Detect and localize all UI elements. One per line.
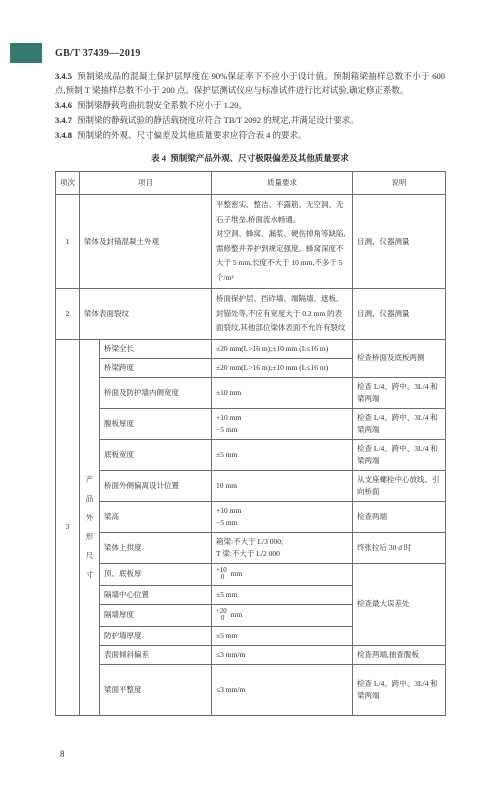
vertical-category-char: 形 [86,531,94,543]
cell-note: 检查 L/4、跨中、3L/4 和梁两端 [353,664,446,715]
table-row: 1 梁体及封锚混凝土外观 平整密实、整洁、不露筋、无空洞、无石子堆垒,桥面流水畅… [56,195,446,289]
cell-item: 桥面外侧偏离设计位置 [100,470,212,501]
table-row: 梁面平整度≤3 mm/m检查 L/4、跨中、3L/4 和梁两端 [56,664,446,715]
table-row: 桥面及防护墙内侧宽度±10 mm检查 L/4、跨中、3L/4 和梁两端 [56,377,446,408]
cell-requirement: 平整密实、整洁、不露筋、无空洞、无石子堆垒,桥面流水畅通。 对空洞、蜂窝、漏浆、… [212,195,353,289]
cell-item: 底板宽度 [100,439,212,470]
cell-note: 检查两端,抽查腹板 [353,645,446,664]
cell-note: 终张拉后 30 d 时 [353,532,446,563]
cell-requirement: ±10 mm [212,377,353,408]
cell-item: 梁高 [100,501,212,532]
clause-text: 预制梁成品的混凝土保护层厚度在 90%保证率下不应小于设计值。预制箱梁抽样总数不… [55,71,445,95]
table-row: 桥面外侧偏离设计位置10 mm从支座螺栓中心放线、引向桥面 [56,470,446,501]
cell-item: 顶、底板厚 [100,563,212,585]
cell-item: 腹板厚度 [100,408,212,439]
column-header-index: 项次 [56,172,80,195]
cell-note: 检查最大误差处 [353,563,446,645]
cell-requirement: ±5 mm [212,439,353,470]
cell-item: 梁体及封锚混凝土外观 [80,195,212,289]
page-number: 8 [60,749,65,759]
column-header-requirement: 质量要求 [212,172,353,195]
page-content: GB/T 37439—2019 3.4.5预制梁成品的混凝土保护层厚度在 90%… [55,48,445,716]
cell-requirement: 10 mm [212,470,353,501]
cell-requirement: +100 mm [212,563,353,585]
cell-note: 检查桥面及底板两侧 [353,339,446,377]
cell-note: 检查 L/4、跨中、3L/4 和梁两端 [353,439,446,470]
cell-item: 梁体上拱度 [100,532,212,563]
cell-requirement: 箱梁:不大于 L/3 000; T 梁:不大于 L/2 000 [212,532,353,563]
cell-requirement: ±5 mm [212,585,353,604]
table-row: 底板宽度±5 mm检查 L/4、跨中、3L/4 和梁两端 [56,439,446,470]
cell-requirement: +200 mm [212,604,353,626]
paragraph-3-4-7: 3.4.7预制梁的静载试验的静活载挠度应符合 TB/T 2092 的规定,并满足… [55,113,445,127]
tolerance-stack: +100 [216,567,227,582]
standard-code: GB/T 37439—2019 [55,48,445,59]
vertical-category-char: 产 [86,474,94,486]
corner-marker [10,43,42,63]
cell-requirement: +10 mm −5 mm [212,408,353,439]
vertical-category-char: 品 [86,493,94,505]
cell-item: 桥梁全长 [100,339,212,358]
table-row: 腹板厚度+10 mm −5 mm检查 L/4、跨中、3L/4 和梁两端 [56,408,446,439]
document-page: GB/T 37439—2019 3.4.5预制梁成品的混凝土保护层厚度在 90%… [0,0,500,800]
column-header-note: 说明 [353,172,446,195]
table-row: 顶、底板厚+100 mm检查最大误差处 [56,563,446,585]
table-title: 表 4 预制梁产品外观、尺寸极限偏差及其他质量要求 [55,152,445,164]
table-row: 梁体上拱度箱梁:不大于 L/3 000; T 梁:不大于 L/2 000终张拉后… [56,532,446,563]
table-row: 3产品外形尺寸桥梁全长±20 mm(L>16 m);±10 mm (L≤16 m… [56,339,446,358]
table-row: 2 梁体表面裂纹 桥面保护层、挡砟墙、端隔墙、遮板、封锚处等,不应有宽度大于 0… [56,289,446,340]
paragraph-3-4-6: 3.4.6预制梁静载弯曲抗裂安全系数不应小于 1.20。 [55,98,445,112]
table-row: 表面倾斜偏差≤3 mm/m检查两端,抽查腹板 [56,645,446,664]
cell-note: 检查两端 [353,501,446,532]
row-index: 3 [56,339,80,715]
cell-note: 检查 L/4、跨中、3L/4 和梁两端 [353,377,446,408]
cell-requirement: ±20 mm(L>16 m);±10 mm (L≤16 m) [212,339,353,358]
row-index: 2 [56,289,80,340]
paragraph-3-4-5: 3.4.5预制梁成品的混凝土保护层厚度在 90%保证率下不应小于设计值。预制箱梁… [55,69,445,97]
column-header-item: 项目 [80,172,212,195]
vertical-category: 产品外形尺寸 [80,339,100,715]
cell-item: 桥面及防护墙内侧宽度 [100,377,212,408]
clause-number: 3.4.5 [55,71,72,81]
tolerance-stack: +200 [216,608,227,623]
cell-item: 桥梁跨度 [100,358,212,377]
cell-item: 梁面平整度 [100,664,212,715]
cell-item: 隔墙厚度 [100,604,212,626]
table-row: 梁高+10 mm −5 mm检查两端 [56,501,446,532]
row-index: 1 [56,195,80,289]
paragraph-3-4-8: 3.4.8预制梁的外观、尺寸偏差及其他质量要求应符合表 4 的要求。 [55,128,445,142]
vertical-category-char: 尺 [86,550,94,562]
cell-item: 梁体表面裂纹 [80,289,212,340]
cell-note: 目测、仪器测量 [353,289,446,340]
cell-item: 防护墙厚度 [100,626,212,645]
clause-text: 预制梁的静载试验的静活载挠度应符合 TB/T 2092 的规定,并满足设计要求。 [77,115,359,125]
table-header-row: 项次 项目 质量要求 说明 [56,172,446,195]
clause-number: 3.4.7 [55,115,72,125]
cell-requirement: +10 mm −5 mm [212,501,353,532]
clause-number: 3.4.6 [55,100,72,110]
cell-requirement: ±20 mm(L>16 m);±10 mm (L≤16 m) [212,358,353,377]
cell-note: 从支座螺栓中心放线、引向桥面 [353,470,446,501]
quality-requirements-table: 项次 项目 质量要求 说明 1 梁体及封锚混凝土外观 平整密实、整洁、不露筋、无… [55,171,446,716]
clause-text: 预制梁的外观、尺寸偏差及其他质量要求应符合表 4 的要求。 [77,130,307,140]
cell-note: 检查 L/4、跨中、3L/4 和梁两端 [353,408,446,439]
clause-number: 3.4.8 [55,130,72,140]
cell-note: 目测、仪器测量 [353,195,446,289]
clause-text: 预制梁静载弯曲抗裂安全系数不应小于 1.20。 [77,100,247,110]
vertical-category-char: 外 [86,512,94,524]
cell-requirement: ≤3 mm/m [212,664,353,715]
cell-requirement: 桥面保护层、挡砟墙、端隔墙、遮板、封锚处等,不应有宽度大于 0.2 mm 的表面… [212,289,353,340]
cell-requirement: ≤3 mm/m [212,645,353,664]
cell-item: 隔墙中心位置 [100,585,212,604]
vertical-category-char: 寸 [86,569,94,581]
cell-item: 表面倾斜偏差 [100,645,212,664]
cell-requirement: ±5 mm [212,626,353,645]
